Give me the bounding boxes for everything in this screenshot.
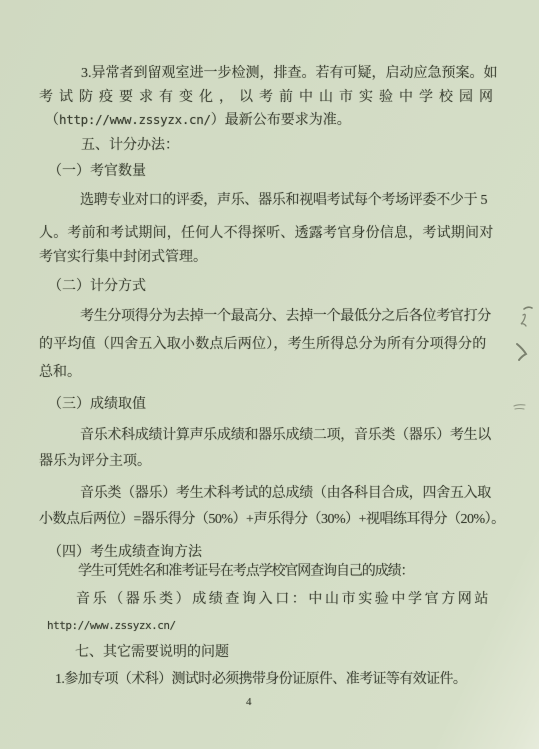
text-line-1: 3.异常者到留观室进一步检测，排查。若有可疑，启动应急预案。如 (81, 66, 498, 82)
text-line-22: 七、其它需要说明的问题 (75, 645, 229, 661)
text-line-7: 人。考前和考试期间，任何人不得探听、透露考官身份信息，考试期间对 (39, 226, 493, 242)
text-line-6: 选聘专业对口的评委，声乐、器乐和视唱考试每个考场评委不少于 5 (80, 193, 487, 209)
text-line-15: 器乐为评分主项。 (39, 454, 151, 470)
text-line-3: （http://www.zssyzx.cn/）最新公布要求为准。 (45, 113, 351, 129)
text-line-12: 总和。 (39, 365, 81, 381)
text-line-14: 音乐术科成绩计算声乐成绩和器乐成绩二项，音乐类（器乐）考生以 (80, 428, 491, 444)
text-line-13: （三）成绩取值 (48, 397, 146, 413)
text-line-21: http://www.zssyzx.cn/ (47, 620, 176, 633)
smudge-mark-icon (513, 402, 527, 412)
text-line-17: 小数点后两位）=器乐得分（50%）+声乐得分（30%）+视唱练耳得分（20%）。 (39, 512, 505, 528)
page-number: 4 (246, 696, 252, 709)
text-line-5: （一）考官数量 (48, 164, 146, 180)
text-line-23: 1.参加专项（术科）测试时必须携带身份证原件、准考证等有效证件。 (55, 672, 466, 688)
text-line-4: 五、计分办法： (81, 138, 179, 154)
text-line-16: 音乐类（器乐）考生术科考试的总成绩（由各科目合成，四舍五入取 (80, 486, 491, 502)
text-line-2: 考试防疫要求有变化，以考前中山市实验中学校园网 (39, 90, 499, 106)
text-line-18: （四）考生成绩查询方法 (48, 545, 202, 561)
cjk-text: （ (45, 113, 59, 128)
text-line-19: 学生可凭姓名和准考证号在考点学校官网查询自己的成绩： (78, 564, 413, 580)
text-line-11: 的平均值（四舍五入取小数点后两位），考生所得总分为所有分项得分的 (39, 337, 486, 353)
url-text: http://www.zssyzx.cn/ (59, 112, 211, 127)
scanned-page: 3.异常者到留观室进一步检测，排查。若有可疑，启动应急预案。如考试防疫要求有变化… (0, 0, 539, 749)
text-line-9: （二）计分方式 (48, 279, 146, 295)
cjk-text: ）最新公布要求为准。 (211, 113, 351, 128)
chevron-mark-icon (514, 341, 530, 363)
text-line-8: 考官实行集中封闭式管理。 (39, 250, 207, 266)
squiggle-mark-icon (517, 303, 535, 331)
text-line-20: 音乐（器乐类）成绩查询入口：中山市实验中学官方网站 (76, 592, 491, 608)
text-line-10: 考生分项得分为去掉一个最高分、去掉一个最低分之后各位考官打分 (80, 309, 491, 325)
